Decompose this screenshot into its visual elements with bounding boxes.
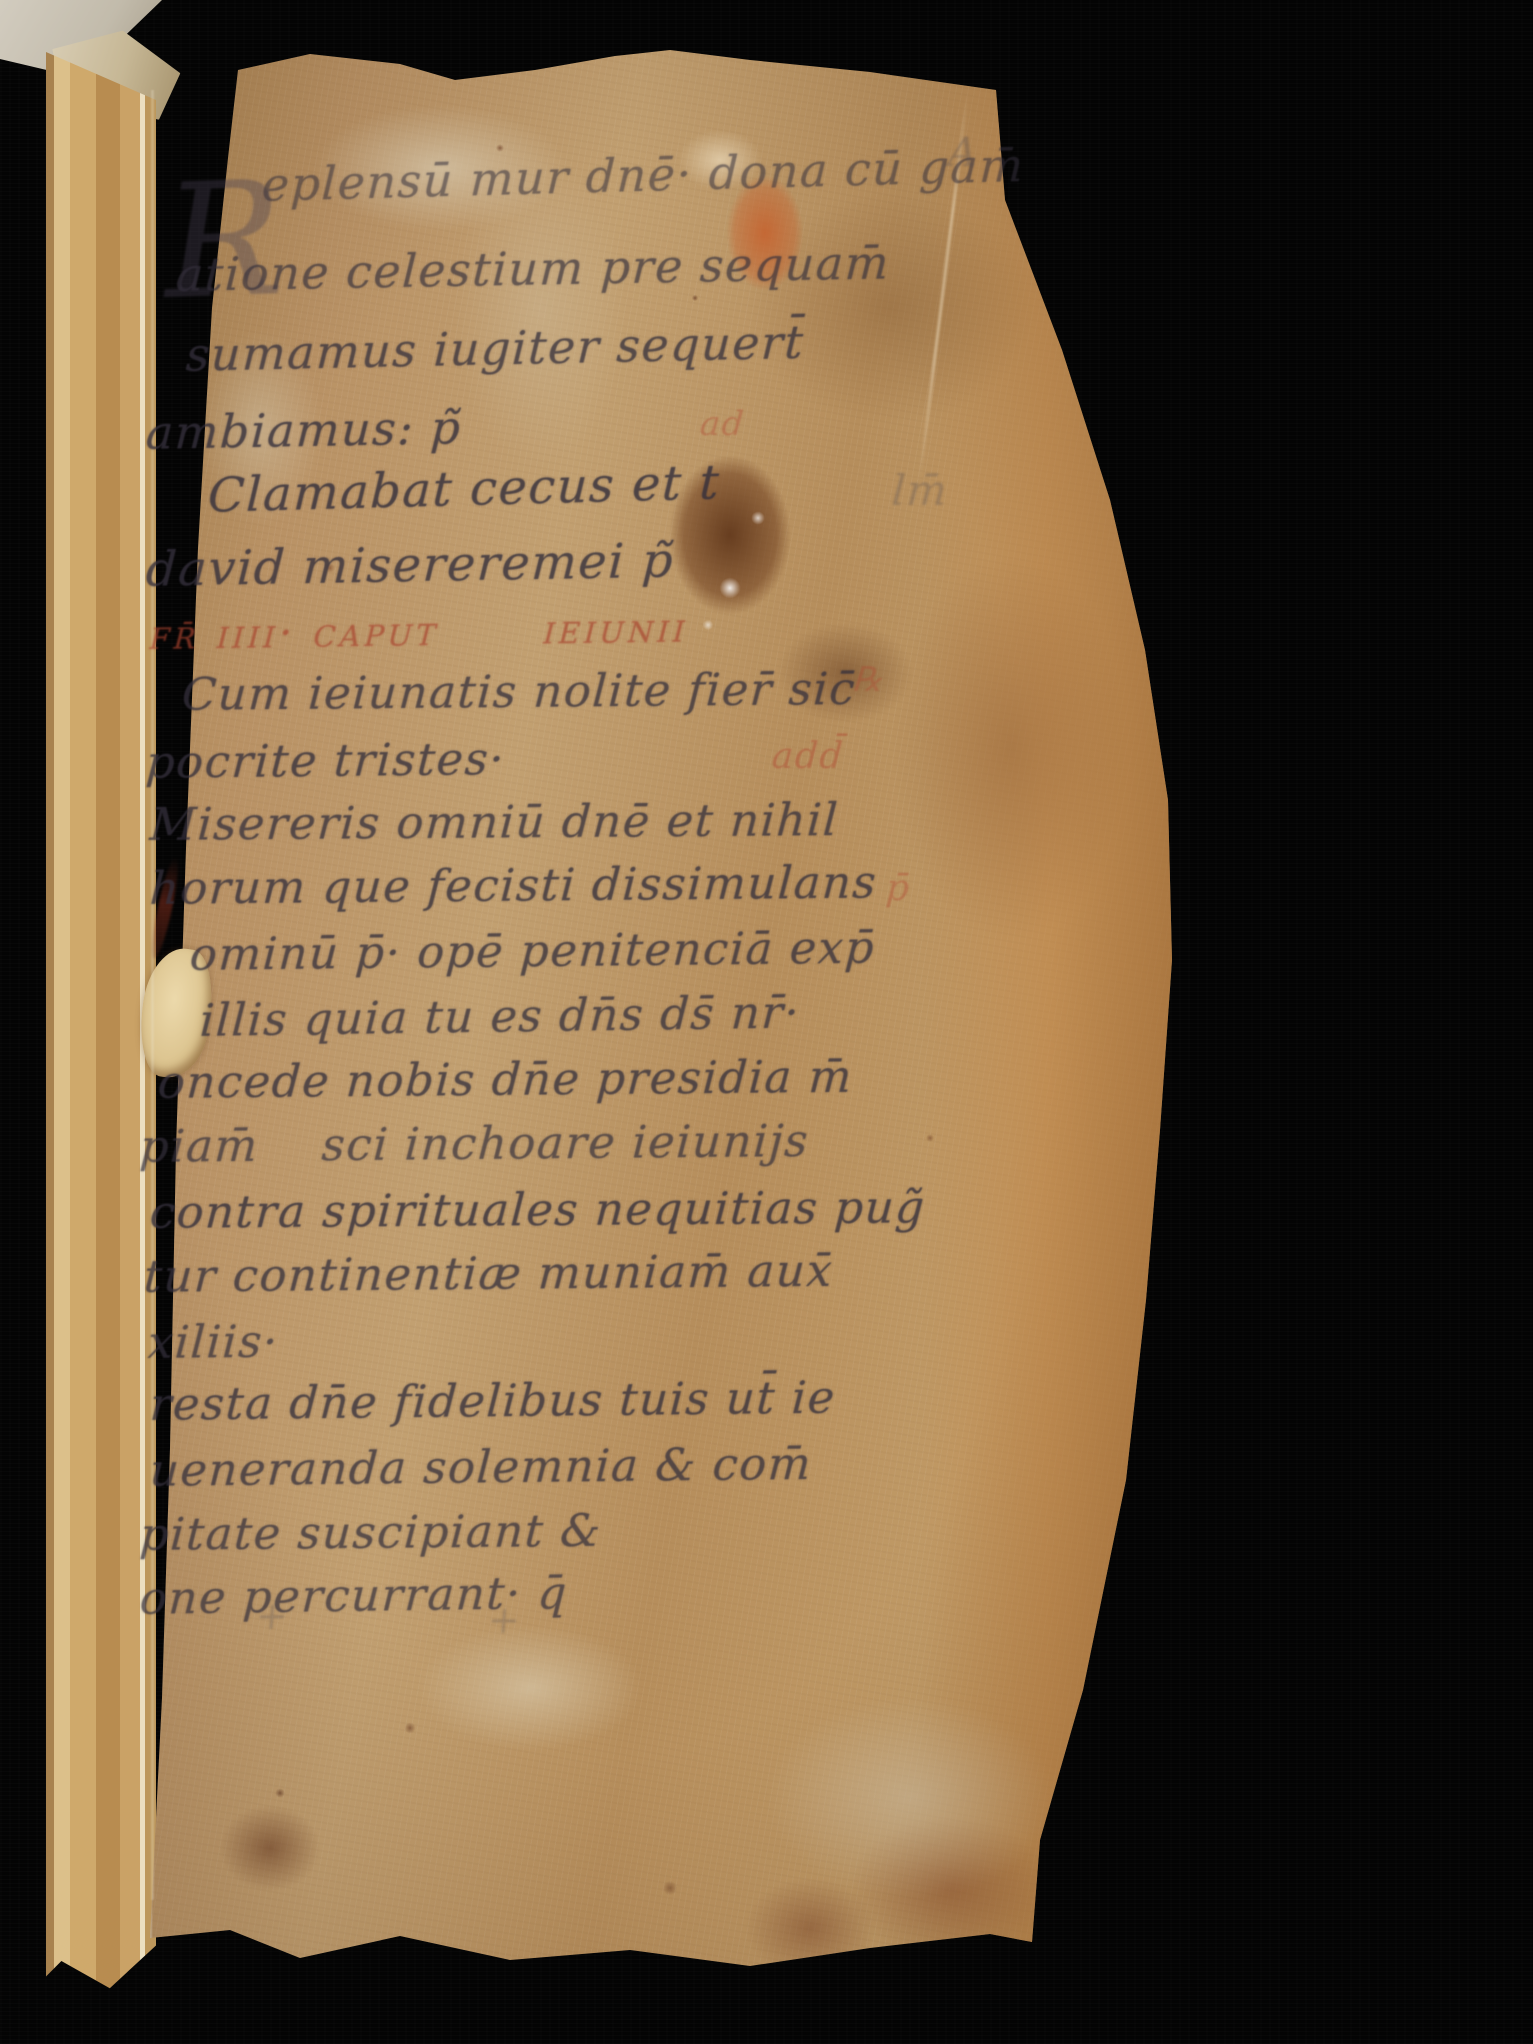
text-line: resta dn̄e fidelibus tuis ut̄ ie (148, 1371, 837, 1431)
red-fragment: ad (699, 404, 747, 444)
text-line: horum que fecisti dissimulans (148, 856, 878, 915)
ghost-mark: lm̄ (890, 466, 950, 515)
ghost-mark: + (254, 1594, 290, 1638)
text-line: xiliis· (146, 1315, 280, 1369)
text-line: pocrite tristes· (144, 732, 506, 789)
ghost-mark: + (486, 1598, 522, 1642)
red-fragment: add̄ (771, 736, 846, 777)
red-fragment: ℞ (851, 660, 886, 700)
text-line: illis quia tu es dn̄s ds̄ nr̄· (199, 986, 802, 1047)
text-line: sumamus iugiter sequert̄ (185, 315, 806, 382)
text-line: david misereremei p̃ (145, 533, 676, 598)
text-line: ambiamus: p̃ (145, 400, 463, 460)
text-line: tur continentiæ muniam̄ aux̄ (142, 1244, 835, 1303)
text-line: Clamabat cecus et t (207, 455, 722, 524)
photo-backdrop: R eplensū mur dnē· dona cū gam̄atione ce… (0, 0, 1533, 2044)
text-line: ominū p̄· opē penitenciā exp̄ (188, 921, 876, 981)
text-line: oncede nobis dn̄e presidia m̄ (156, 1050, 854, 1109)
ghost-mark: A (946, 130, 980, 176)
text-line: pitate suscipiant & (138, 1504, 603, 1561)
text-line: piam̄ sci inchoare ieiunijs (138, 1114, 810, 1173)
manuscript-text-layer: R eplensū mur dnē· dona cū gam̄atione ce… (0, 0, 1533, 2044)
text-line: Misereris omniū dnē et nihil (148, 793, 840, 851)
red-fragment: p̄ (885, 868, 912, 909)
rubric-line: fr̄ iiii· caput ieiunii (149, 602, 690, 659)
text-line: atione celestium pre sequam̄ (175, 236, 892, 303)
text-line: eplensū mur dnē· dona cū gam̄ (261, 138, 1026, 212)
text-line: ueneranda solemnia & com̄ (148, 1437, 813, 1497)
text-line: contra spirituales nequitias pug̃ (148, 1181, 927, 1239)
text-line: Cum ieiunatis nolite fier̄ sic̄ (180, 662, 857, 721)
